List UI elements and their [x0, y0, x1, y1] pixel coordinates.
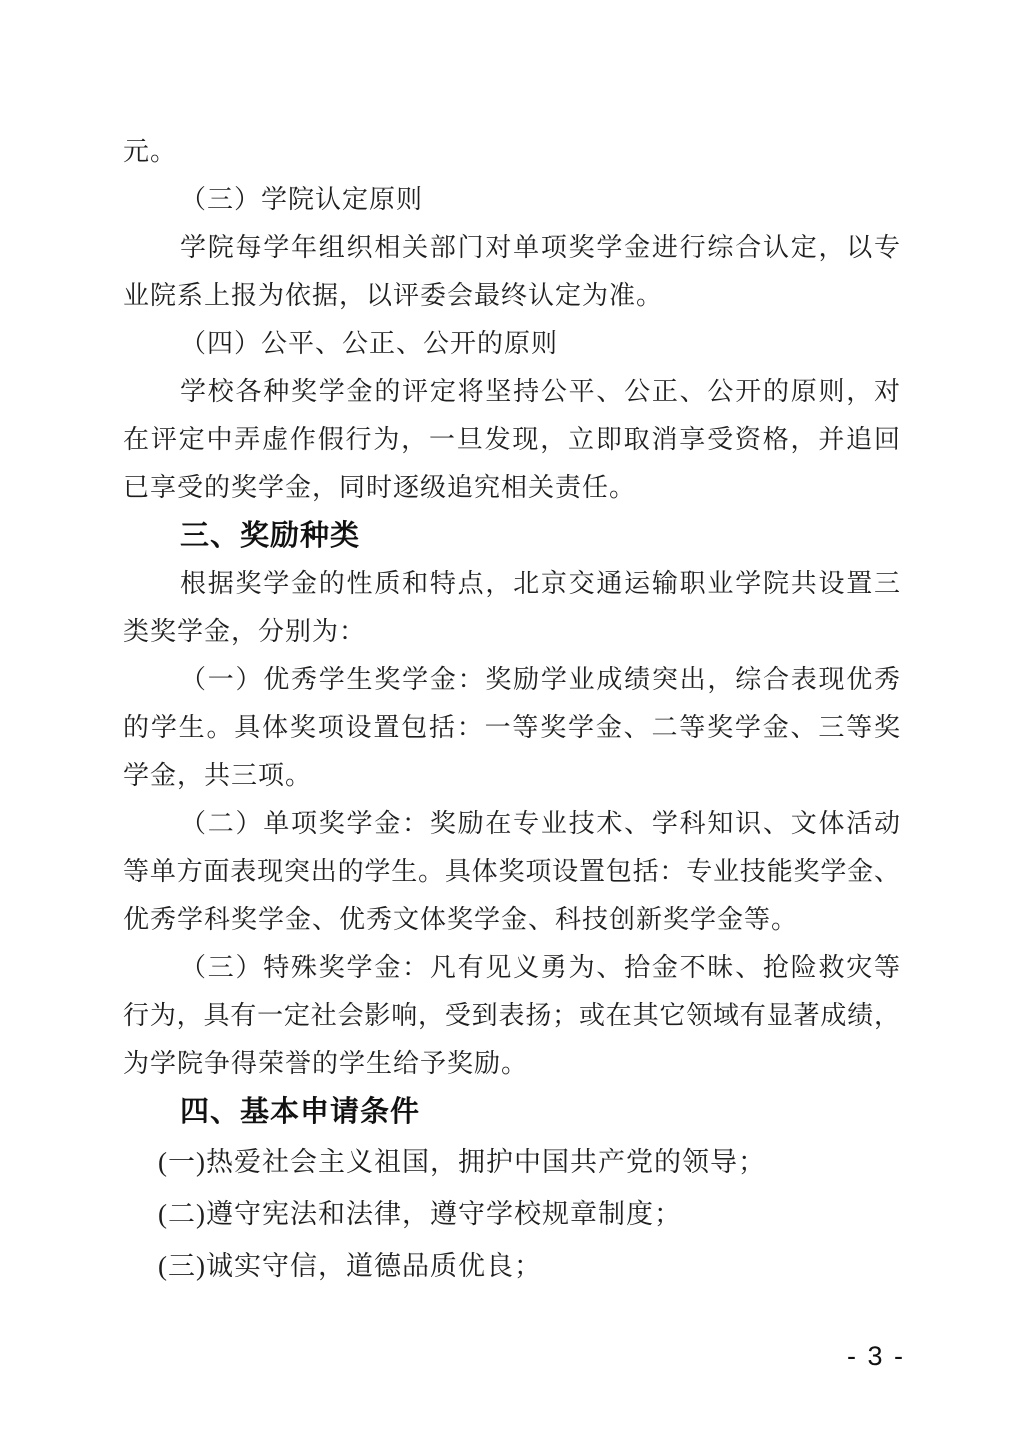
- text-line: 优秀学科奖学金、优秀文体奖学金、科技创新奖学金等。: [123, 896, 900, 944]
- text-line: 元。: [123, 128, 900, 176]
- document-page: 元。（三）学院认定原则学院每学年组织相关部门对单项奖学金进行综合认定，以专业院系…: [0, 0, 1024, 1448]
- text-line: (一)热爱社会主义祖国，拥护中国共产党的领导；: [123, 1136, 900, 1188]
- text-line: （四）公平、公正、公开的原则: [123, 320, 900, 368]
- text-line: 在评定中弄虚作假行为，一旦发现，立即取消享受资格，并追回: [123, 416, 900, 464]
- text-line: 学院每学年组织相关部门对单项奖学金进行综合认定，以专: [123, 224, 900, 272]
- text-line: （一）优秀学生奖学金：奖励学业成绩突出，综合表现优秀: [123, 656, 900, 704]
- document-body: 元。（三）学院认定原则学院每学年组织相关部门对单项奖学金进行综合认定，以专业院系…: [123, 128, 900, 1292]
- text-line: （三）特殊奖学金：凡有见义勇为、拾金不昧、抢险救灾等: [123, 944, 900, 992]
- text-line: 已享受的奖学金，同时逐级追究相关责任。: [123, 464, 900, 512]
- text-line: 学校各种奖学金的评定将坚持公平、公正、公开的原则，对: [123, 368, 900, 416]
- text-line: （二）单项奖学金：奖励在专业技术、学科知识、文体活动: [123, 800, 900, 848]
- page-number: - 3 -: [847, 1338, 905, 1374]
- text-line: 业院系上报为依据，以评委会最终认定为准。: [123, 272, 900, 320]
- text-line: 根据奖学金的性质和特点，北京交通运输职业学院共设置三: [123, 560, 900, 608]
- text-line: 为学院争得荣誉的学生给予奖励。: [123, 1040, 900, 1088]
- text-line: 行为，具有一定社会影响，受到表扬；或在其它领域有显著成绩，: [123, 992, 900, 1040]
- text-line: (三)诚实守信，道德品质优良；: [123, 1240, 900, 1292]
- text-line: 类奖学金，分别为：: [123, 608, 900, 656]
- text-line: 三、奖励种类: [123, 512, 900, 560]
- text-line: 的学生。具体奖项设置包括：一等奖学金、二等奖学金、三等奖: [123, 704, 900, 752]
- text-line: （三）学院认定原则: [123, 176, 900, 224]
- text-line: 等单方面表现突出的学生。具体奖项设置包括：专业技能奖学金、: [123, 848, 900, 896]
- text-line: 四、基本申请条件: [123, 1088, 900, 1136]
- text-line: 学金，共三项。: [123, 752, 900, 800]
- text-line: (二)遵守宪法和法律，遵守学校规章制度；: [123, 1188, 900, 1240]
